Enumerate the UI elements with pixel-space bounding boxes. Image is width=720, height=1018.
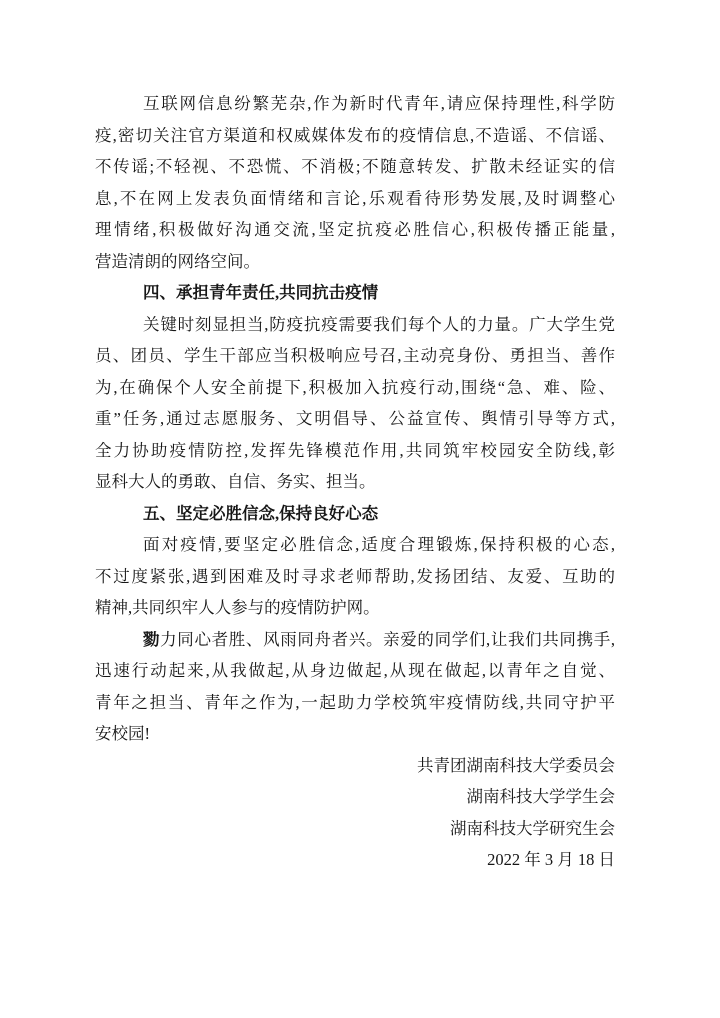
text-line: 重”任务,通过志愿服务、文明倡导、公益宣传、舆情引导等方式,	[95, 403, 615, 435]
paragraph: 互联网信息纷繁芜杂,作为新时代青年,请应保持理性,科学防疫,密切关注官方渠道和权…	[95, 88, 615, 277]
text-line: 互联网信息纷繁芜杂,作为新时代青年,请应保持理性,科学防	[95, 88, 615, 120]
date-line: 2022 年 3 月 18 日	[95, 844, 615, 876]
section-heading: 四、承担青年责任,共同抗击疫情	[95, 277, 615, 309]
signature-line: 湖南科技大学学生会	[95, 781, 615, 813]
text-line: 员、团员、学生干部应当积极响应号召,主动亮身份、勇担当、善作	[95, 340, 615, 372]
paragraph: 关键时刻显担当,防疫抗疫需要我们每个人的力量。广大学生党员、团员、学生干部应当积…	[95, 309, 615, 498]
section-heading: 五、坚定必胜信念,保持良好心态	[95, 498, 615, 530]
text-line: 青年之担当、青年之作为,一起助力学校筑牢疫情防线,共同守护平	[95, 687, 615, 719]
text-line: 不传谣;不轻视、不恐慌、不消极;不随意转发、扩散未经证实的信	[95, 151, 615, 183]
text-line: 关键时刻显担当,防疫抗疫需要我们每个人的力量。广大学生党	[95, 309, 615, 341]
text-line: 勠力同心者胜、风雨同舟者兴。亲爱的同学们,让我们共同携手,	[95, 624, 615, 656]
text-line: 疫,密切关注官方渠道和权威媒体发布的疫情信息,不造谣、不信谣、	[95, 120, 615, 152]
document-page: 互联网信息纷繁芜杂,作为新时代青年,请应保持理性,科学防疫,密切关注官方渠道和权…	[0, 0, 720, 1018]
text-line: 迅速行动起来,从我做起,从身边做起,从现在做起,以青年之自觉、	[95, 655, 615, 687]
signature-line: 共青团湖南科技大学委员会	[95, 750, 615, 782]
text-line: 面对疫情,要坚定必胜信念,适度合理锻炼,保持积极的心态,	[95, 529, 615, 561]
text-line: 为,在确保个人安全前提下,积极加入抗疫行动,围绕“急、难、险、	[95, 372, 615, 404]
document-body: 互联网信息纷繁芜杂,作为新时代青年,请应保持理性,科学防疫,密切关注官方渠道和权…	[95, 88, 615, 876]
text-line: 理情绪,积极做好沟通交流,坚定抗疫必胜信心,积极传播正能量,	[95, 214, 615, 246]
text-line: 营造清朗的网络空间。	[95, 246, 615, 278]
text-line: 息,不在网上发表负面情绪和言论,乐观看待形势发展,及时调整心	[95, 183, 615, 215]
text-line: 精神,共同织牢人人参与的疫情防护网。	[95, 592, 615, 624]
text-line: 安校园!	[95, 718, 615, 750]
text-line: 不过度紧张,遇到困难及时寻求老师帮助,发扬团结、友爱、互助的	[95, 561, 615, 593]
bold-lead-char: 勠	[143, 630, 160, 649]
signature-line: 湖南科技大学研究生会	[95, 813, 615, 845]
text-line: 全力协助疫情防控,发挥先锋模范作用,共同筑牢校园安全防线,彰	[95, 435, 615, 467]
paragraph: 面对疫情,要坚定必胜信念,适度合理锻炼,保持积极的心态,不过度紧张,遇到困难及时…	[95, 529, 615, 624]
text-line: 显科大人的勇敢、自信、务实、担当。	[95, 466, 615, 498]
paragraph: 勠力同心者胜、风雨同舟者兴。亲爱的同学们,让我们共同携手,迅速行动起来,从我做起…	[95, 624, 615, 750]
